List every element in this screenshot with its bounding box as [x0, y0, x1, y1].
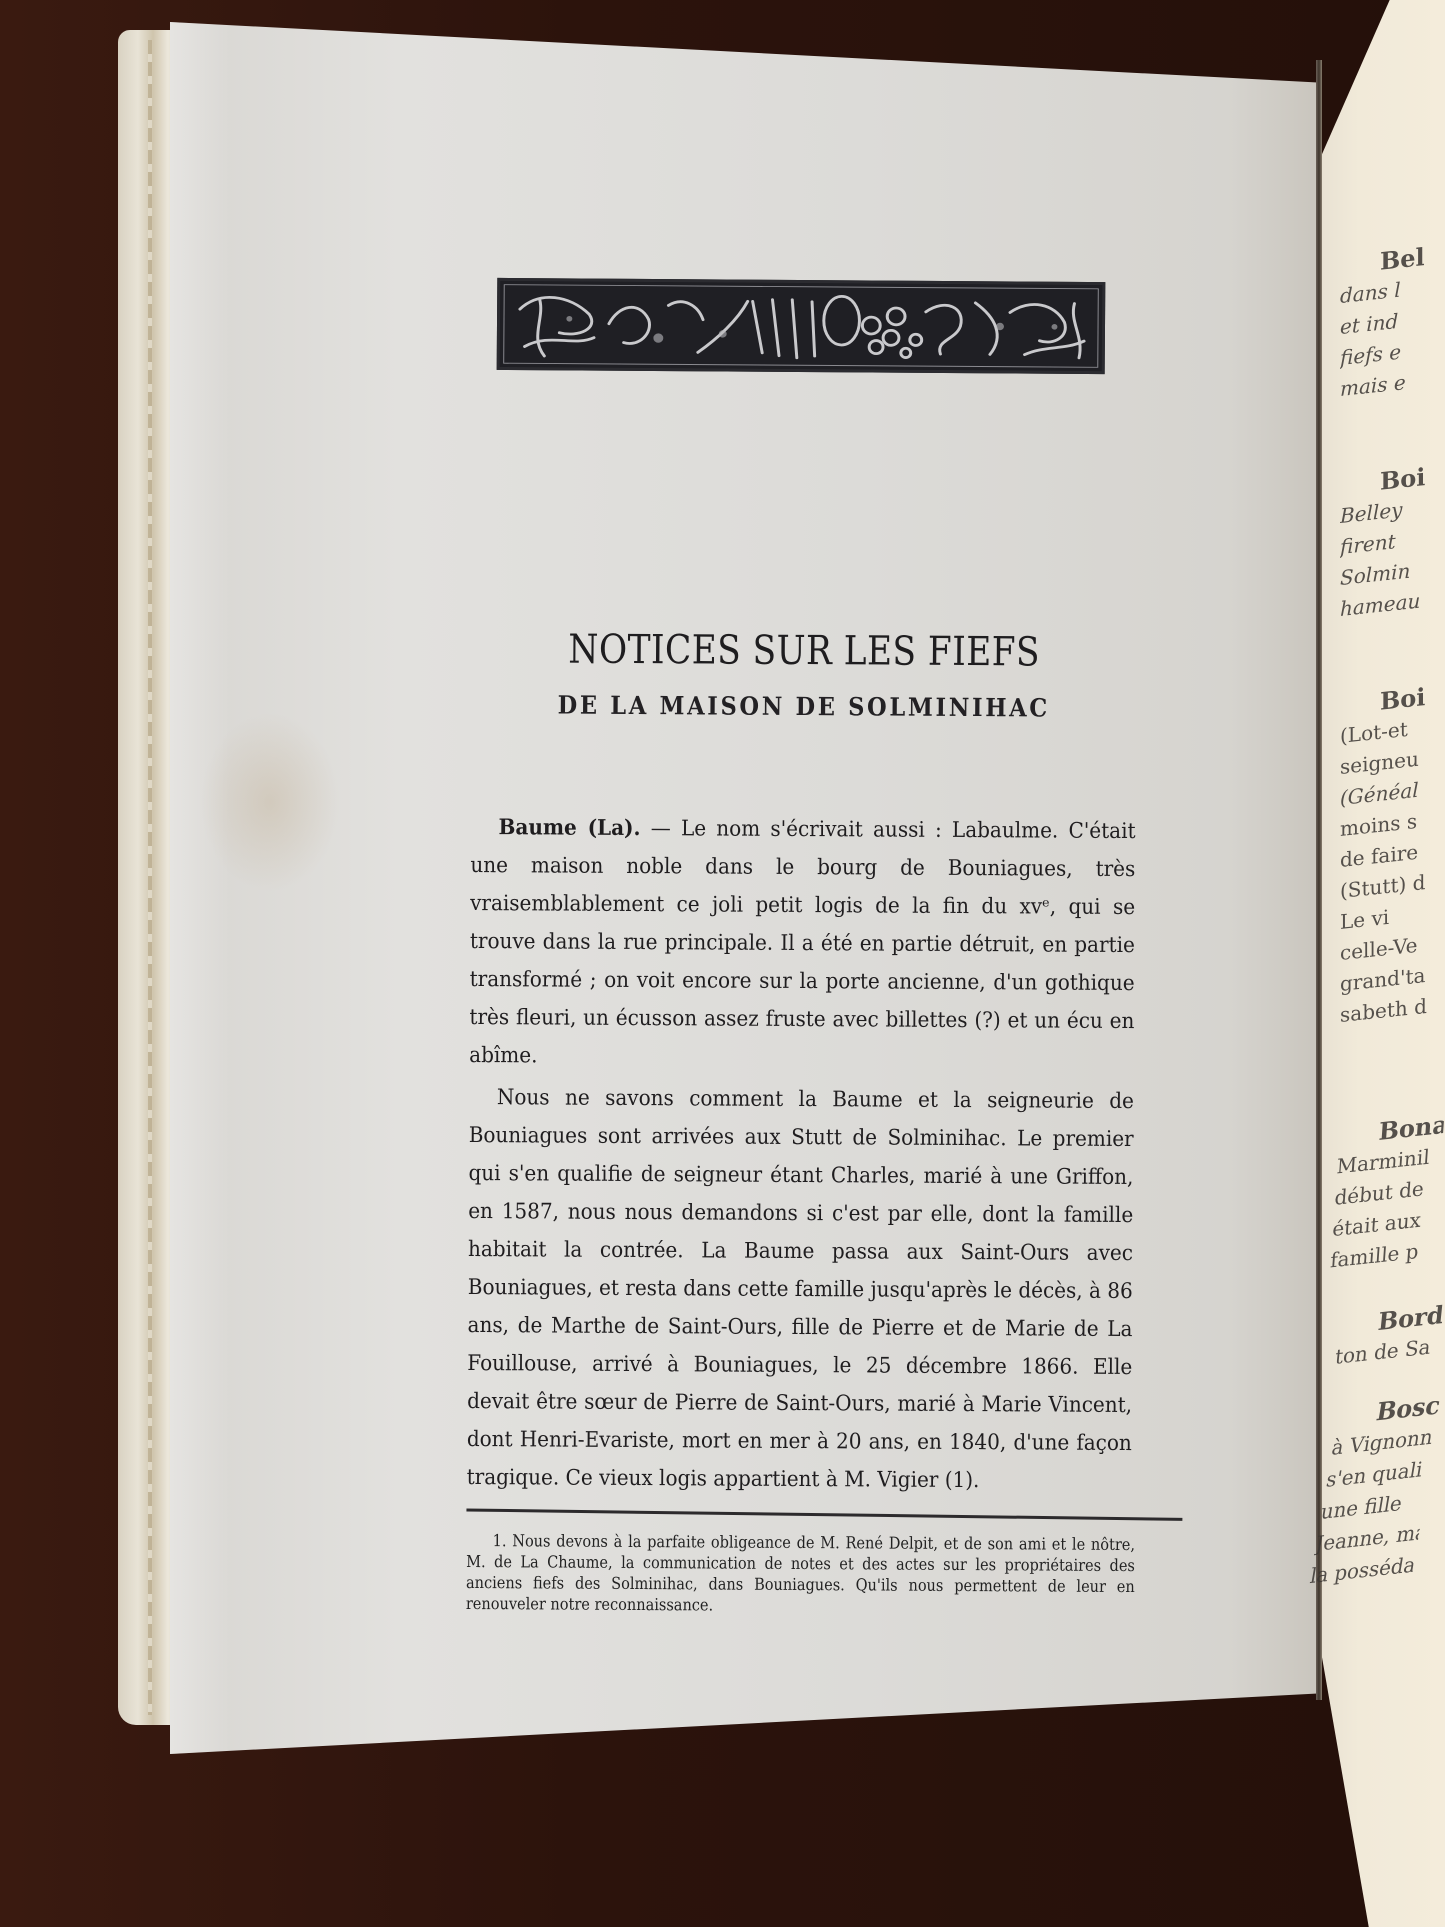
book-gutter: [1316, 60, 1322, 1700]
page-subtitle: DE LA MAISON DE SOLMINIHAC: [505, 690, 1104, 723]
notice-text-block: NOTICES SUR LES FIEFS DE LA MAISON DE SO…: [466, 600, 1137, 1618]
facing-block-2: Boi Belley firent Solmin hameau: [1340, 459, 1445, 625]
facing-block-3: Boi (Lot-et seigneu (Généal moins s de f…: [1340, 679, 1445, 1031]
paper-stain: [200, 712, 340, 892]
footnote: 1. Nous devons à la parfaite obligeance …: [466, 1530, 1135, 1618]
facing-block-1: Bel dans l et ind fiefs e mais e: [1340, 239, 1445, 405]
footnote-text: 1. Nous devons à la parfaite obligeance …: [466, 1530, 1135, 1618]
paragraph-1: Baume (La). — Le nom s'écrivait aussi : …: [469, 809, 1136, 1079]
facing-block-4: Bona Marminil début de était aux famille…: [1329, 1109, 1445, 1277]
paragraph-1-text: — Le nom s'écrivait aussi : Labaulme. C'…: [469, 816, 1135, 1068]
page-title: NOTICES SUR LES FIEFS: [518, 626, 1090, 675]
cornucopia-vignette-icon: [497, 278, 1106, 374]
footnote-rule: [466, 1508, 1182, 1520]
paragraph-2: Nous ne savons comment la Baume et la se…: [467, 1079, 1134, 1501]
entry-heading: Baume (La).: [498, 815, 640, 841]
facing-block-5: Borde ton de Sa: [1334, 1299, 1445, 1373]
notice-body: Baume (La). — Le nom s'écrivait aussi : …: [467, 809, 1136, 1501]
